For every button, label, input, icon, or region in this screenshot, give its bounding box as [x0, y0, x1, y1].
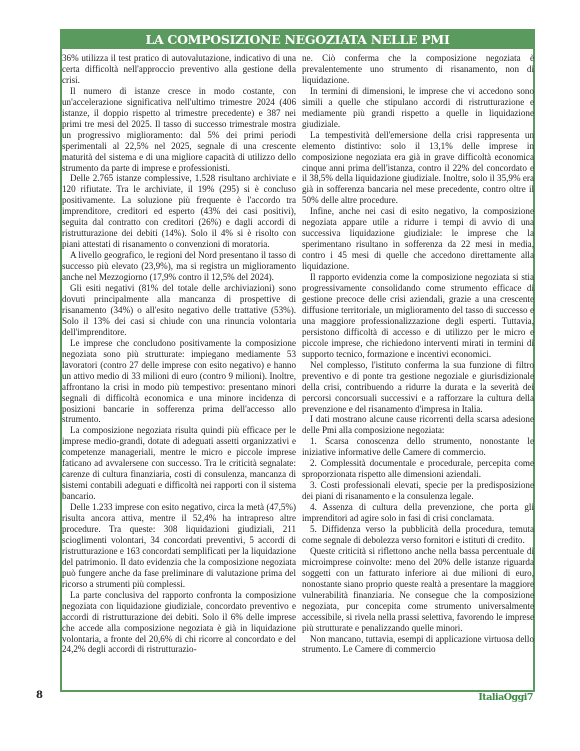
page-number: 8: [36, 690, 43, 701]
paragraph: Gli esiti negativi (81% del totale delle…: [62, 283, 296, 338]
list-item: 1. Scarsa conoscenza dello strumento, no…: [302, 436, 534, 458]
list-item: 3. Costi professionali elevati, specie p…: [302, 480, 534, 502]
paragraph: Nel complesso, l'istituto conferma la su…: [302, 360, 534, 415]
article-body: 36% utilizza il test pratico di autovalu…: [62, 53, 533, 690]
list-item: 5. Diffidenza verso la pubblicità della …: [302, 524, 534, 546]
right-column: ne. Ciò conferma che la composizione neg…: [302, 53, 534, 693]
publication-logo: ItaliaOggi7: [478, 692, 533, 703]
paragraph: ne. Ciò conferma che la composizione neg…: [302, 53, 534, 86]
article-title: LA COMPOSIZIONE NEGOZIATA NELLE PMI: [62, 31, 533, 49]
article-box: LA COMPOSIZIONE NEGOZIATA NELLE PMI 36% …: [60, 29, 535, 692]
paragraph: A livello geografico, le regioni del Nor…: [62, 250, 296, 283]
paragraph: Le imprese che concludono positivamente …: [62, 338, 296, 426]
paragraph: Il numero di istanze cresce in modo cost…: [62, 86, 296, 174]
paragraph: Queste criticità si riflettono anche nel…: [302, 546, 534, 634]
left-column: 36% utilizza il test pratico di autovalu…: [62, 53, 296, 693]
paragraph: Non mancano, tuttavia, esempi di applica…: [302, 634, 534, 656]
paragraph: Il rapporto evidenzia come la composizio…: [302, 272, 534, 360]
paragraph: Infine, anche nei casi di esito negativo…: [302, 206, 534, 272]
paragraph: La tempestività dell'emersione della cri…: [302, 130, 534, 207]
paragraph: La parte conclusiva del rapporto confron…: [62, 590, 296, 656]
list-item: 4. Assenza di cultura della prevenzione,…: [302, 502, 534, 524]
paragraph: 36% utilizza il test pratico di autovalu…: [62, 53, 296, 86]
list-item: 2. Complessità documentale e procedurale…: [302, 458, 534, 480]
paragraph: La composizione negoziata risulta quindi…: [62, 425, 296, 502]
paragraph: In termini di dimensioni, le imprese che…: [302, 86, 534, 130]
paragraph: I dati mostrano alcune cause ricorrenti …: [302, 414, 534, 436]
paragraph: Delle 1.233 imprese con esito negativo, …: [62, 502, 296, 590]
paragraph: Delle 2.765 istanze complessive, 1.528 r…: [62, 173, 296, 250]
